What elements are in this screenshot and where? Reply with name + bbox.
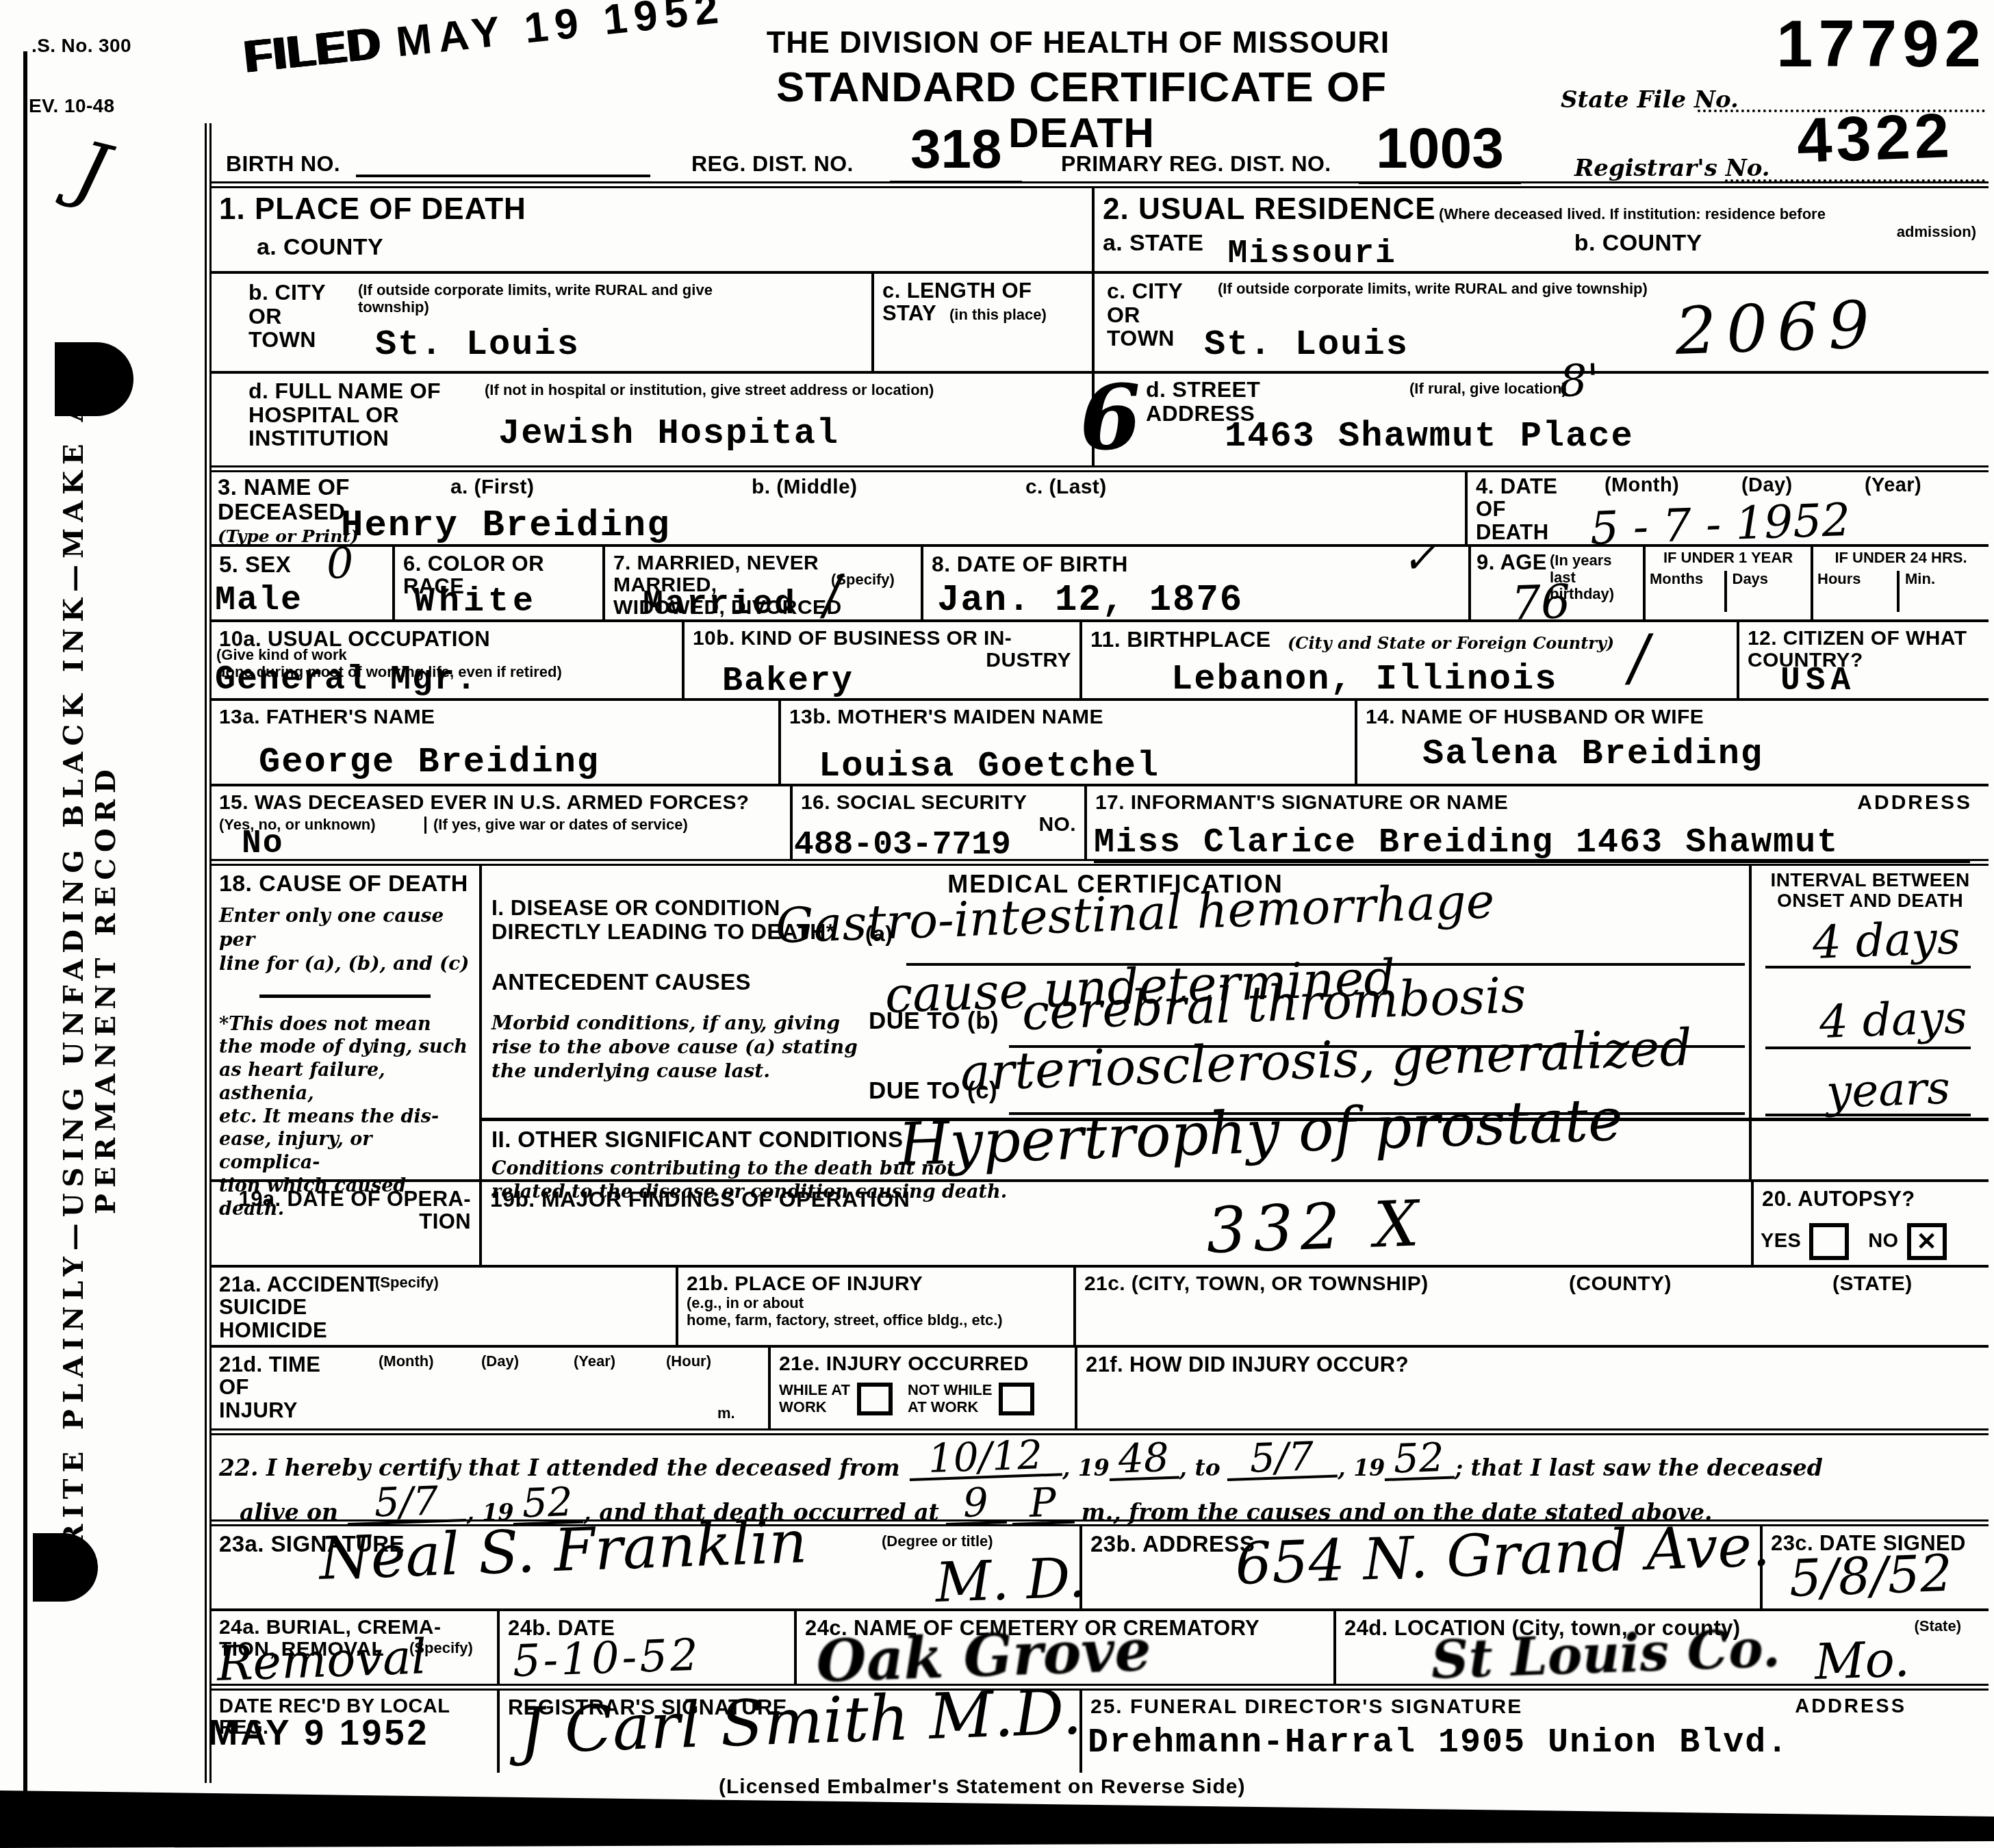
form-number-line1: .S. No. 300 (31, 36, 131, 56)
occupation-value: General Mgr. (215, 663, 478, 697)
findings-label: 19b. MAJOR FINDINGS OF OPERATION (490, 1187, 910, 1211)
forces-label: 15. WAS DECEASED EVER IN U.S. ARMED FORC… (219, 791, 750, 814)
field-how-injury: 21f. HOW DID INJURY OCCUR? (1075, 1348, 1989, 1428)
field-date-of-birth: 8. DATE OF BIRTH ✓ Jan. 12, 1876 (921, 547, 1468, 619)
hospital-value: Jewish Hospital (498, 416, 839, 452)
field-sex: 5. SEX 0 Male (211, 547, 392, 619)
interval-a-value: 4 days (1812, 917, 1961, 965)
length-of-stay-note: (in this place) (949, 307, 1047, 324)
dod-day-label: (Day) (1741, 475, 1793, 496)
race-value: White (414, 585, 537, 619)
other-conditions-handwritten: Hypertrophy of prostate (897, 1092, 1624, 1174)
date-received-stamp: MAY 9 1952 (208, 1712, 429, 1754)
field-physician-address: 23b. ADDRESS 654 N. Grand Ave. (1079, 1526, 1760, 1608)
filed-stamp-date: MAY 19 1952 (394, 0, 727, 66)
row-10: 21d. TIME OF INJURY (Month) (Day) (Year)… (211, 1345, 1989, 1428)
name-middle-label: b. (Middle) (752, 476, 857, 498)
primary-reg-label: PRIMARY REG. DIST. NO. (1061, 152, 1331, 176)
field-marital-status: 7. MARRIED, NEVER MARRIED, WIDOWED, DIVO… (602, 547, 921, 619)
accident-note: (Specify) (375, 1274, 439, 1292)
margin-handwritten-mark: J (66, 125, 117, 217)
field-autopsy: 20. AUTOPSY? YES NO ✕ (1751, 1182, 1989, 1265)
certify-19a: , 19 (1062, 1454, 1110, 1481)
injury-state-label: (STATE) (1832, 1273, 1913, 1295)
informant-label: 17. INFORMANT'S SIGNATURE OR NAME (1095, 791, 1508, 814)
field-citizen: 12. CITIZEN OF WHAT COUNTRY? USA (1737, 622, 1989, 698)
filed-stamp: FILED MAY 19 1952 (242, 0, 728, 83)
field-mother-name: 13b. MOTHER'S MAIDEN NAME Louisa Goetche… (778, 701, 1355, 784)
date-of-death-label: 4. DATE OF DEATH (1476, 475, 1557, 543)
father-value: George Breiding (259, 745, 600, 780)
how-injury-label: 21f. HOW DID INJURY OCCUR? (1086, 1352, 1409, 1376)
certify-to-word: , to (1179, 1454, 1220, 1481)
cause-note-divider (259, 994, 431, 998)
place-of-injury-label: 21b. PLACE OF INJURY (687, 1272, 923, 1295)
certify-from-year: 48 (1108, 1438, 1179, 1481)
street-handwritten-6: 6 (1078, 374, 1143, 461)
citizen-value: USA (1780, 665, 1856, 697)
interval-b-line (1765, 1047, 1971, 1049)
not-while-at-work-checkbox (999, 1383, 1034, 1415)
other-conditions-label: II. OTHER SIGNIFICANT CONDITIONS (491, 1127, 903, 1152)
cause-title: 18. CAUSE OF DEATH (219, 871, 471, 897)
row-6: 15. WAS DECEASED EVER IN U.S. ARMED FORC… (211, 784, 1989, 859)
death-city-value: St. Louis (375, 327, 580, 363)
injury-city-label: 21c. (CITY, TOWN, OR TOWNSHIP) (1084, 1272, 1429, 1295)
field-accident-suicide: 21a. ACCIDENT SUICIDE HOMICIDE (Specify) (211, 1268, 676, 1345)
degree-label: (Degree or title) (882, 1533, 993, 1550)
burial-location-state-label: (State) (1915, 1618, 1961, 1635)
row-1c: d. FULL NAME OF HOSPITAL OR INSTITUTION … (211, 371, 1989, 465)
embalmer-note: (Licensed Embalmer's Statement on Revers… (719, 1776, 1245, 1798)
row-9: 21a. ACCIDENT SUICIDE HOMICIDE (Specify)… (211, 1265, 1989, 1345)
row-3: 5. SEX 0 Male 6. COLOR OR RACE White 7. … (211, 544, 1989, 619)
field-age-under24: IF UNDER 24 HRS. Hours Min. (1811, 547, 1989, 619)
field-burial-type: 24a. BURIAL, CREMA- TION, REMOVAL (Speci… (211, 1611, 497, 1684)
certify-to-value: 5/7 (1226, 1437, 1338, 1481)
row-1b: b. CITY OR TOWN (If outside corporate li… (211, 271, 1989, 371)
dob-checkmark: ✓ (1401, 539, 1437, 579)
row-13: 24a. BURIAL, CREMA- TION, REMOVAL (Speci… (211, 1608, 1989, 1684)
certify-from-value: 10/12 (908, 1435, 1062, 1481)
field-date-signed: 23c. DATE SIGNED 5/8/52 (1760, 1526, 1989, 1608)
residence-city-label: c. CITY OR TOWN (1107, 279, 1183, 350)
row-5: 13a. FATHER'S NAME George Breiding 13b. … (211, 698, 1989, 784)
cause-note1: Enter only one cause per line for (a), (… (219, 903, 471, 975)
registrar-signature-handwritten: J Carl Smith M.D. (518, 1682, 1083, 1761)
field-hospital: d. FULL NAME OF HOSPITAL OR INSTITUTION … (211, 374, 1092, 465)
field-spouse-name: 14. NAME OF HUSBAND OR WIFE Salena Breid… (1355, 701, 1989, 784)
mother-value: Louisa Goetchel (819, 749, 1160, 784)
field-time-of-injury: 21d. TIME OF INJURY (Month) (Day) (Year)… (211, 1348, 768, 1428)
field-registrar-signature: REGISTRAR'S SIGNATURE J Carl Smith M.D. (497, 1691, 1079, 1773)
signature-handwritten: Neal S. Franklin (318, 1515, 808, 1588)
field-ssn: 16. SOCIAL SECURITY NO. 488-03-7719 (790, 786, 1084, 859)
place-of-death-title: 1. PLACE OF DEATH (219, 194, 1084, 225)
field-date-received: DATE REC'D BY LOCAL REG. MAY 9 1952 (211, 1691, 497, 1773)
place-of-injury-note: (e.g., in or about home, farm, factory, … (687, 1295, 1065, 1329)
field-place-of-death: 1. PLACE OF DEATH a. COUNTY (211, 188, 1092, 271)
field-street-address: 6 d. STREET ADDRESS (If rural, give loca… (1092, 374, 1989, 465)
field-informant: 17. INFORMANT'S SIGNATURE OR NAME ADDRES… (1084, 786, 1989, 859)
interval-label: INTERVAL BETWEEN ONSET AND DEATH (1757, 870, 1983, 911)
birthplace-value: Lebanon, Illinois (1171, 662, 1558, 697)
degree-handwritten: M. D. (934, 1552, 1086, 1609)
residence-state-label: a. STATE (1103, 231, 1203, 270)
certify-19b: , 19 (1338, 1454, 1385, 1481)
business-label: 10b. KIND OF BUSINESS OR IN- (693, 627, 1012, 650)
interval-b-value: 4 days (1819, 997, 1968, 1044)
deceased-name-label: 3. NAME OF DECEASED (218, 475, 350, 524)
field-date-of-death: 4. DATE OF DEATH (Month) (Day) (Year) 5 … (1465, 472, 1989, 544)
informant-value: Miss Clarice Breiding 1463 Shawmut (1094, 826, 1970, 863)
autopsy-yes-checkbox (1809, 1223, 1849, 1260)
residence-city-value: St. Louis (1204, 327, 1409, 363)
time-of-injury-label: 21d. TIME OF INJURY (219, 1352, 320, 1422)
row-12: 23a. SIGNATURE Neal S. Franklin (Degree … (211, 1519, 1989, 1608)
residence-state-value: Missouri (1227, 238, 1396, 270)
row-8: 19a. DATE OF OPERA- TION 19b. MAJOR FIND… (211, 1179, 1989, 1265)
street-note: (If rural, give location) (1409, 381, 1567, 398)
registrar-number: 4322 (1795, 100, 1954, 177)
antecedent-note: Morbid conditions, if any, giving rise t… (491, 1011, 858, 1083)
field-injury-city: 21c. (CITY, TOWN, OR TOWNSHIP) (COUNTY) … (1073, 1268, 1989, 1345)
findings-handwritten: 332 X (1205, 1194, 1427, 1261)
interval-c-value: years (1826, 1067, 1951, 1114)
due-to-b-tag: DUE TO (b) (869, 1008, 999, 1034)
spouse-value: Salena Breiding (1422, 736, 1763, 772)
reg-dist-label: REG. DIST. NO. (691, 152, 854, 176)
row-7: 18. CAUSE OF DEATH Enter only one cause … (211, 859, 1989, 1179)
field-name-of-deceased: 3. NAME OF DECEASED (Type or Print) a. (… (211, 472, 1465, 544)
time-day-label: (Day) (481, 1353, 519, 1370)
field-operation-findings: 19b. MAJOR FINDINGS OF OPERATION 332 X (479, 1182, 1751, 1265)
certify-text-1: 22. I hereby certify that I attended the… (219, 1454, 900, 1481)
row-14: DATE REC'D BY LOCAL REG. MAY 9 1952 REGI… (211, 1684, 1989, 1773)
residence-county-label: b. COUNTY (1574, 231, 1702, 270)
burial-date-handwritten: 5-10-52 (512, 1634, 702, 1682)
burial-type-handwritten: Removal (216, 1634, 427, 1686)
while-at-work-label: WHILE AT WORK (779, 1382, 850, 1415)
interval-c-line (1765, 1114, 1971, 1116)
field-operation-date: 19a. DATE OF OPERA- TION (211, 1182, 479, 1265)
informant-address-label: ADDRESS (1857, 792, 1972, 814)
hospital-label: d. FULL NAME OF HOSPITAL OR INSTITUTION (248, 379, 441, 450)
sex-handwritten-mark: 0 (326, 543, 354, 585)
not-while-at-work-label: NOT WHILE AT WORK (908, 1382, 992, 1415)
field-interval-col: INTERVAL BETWEEN ONSET AND DEATH 4 days … (1749, 866, 1989, 1179)
hospital-note: (If not in hospital or institution, give… (485, 382, 1073, 399)
death-certificate-scan: WRITE PLAINLY—USING UNFADING BLACK INK—M… (0, 0, 1994, 1848)
dob-value: Jan. 12, 1876 (937, 582, 1243, 619)
time-year-label: (Year) (574, 1353, 615, 1370)
birth-no-line (356, 175, 650, 177)
date-signed-handwritten: 5/8/52 (1789, 1550, 1953, 1604)
while-at-work-checkbox (857, 1383, 893, 1415)
reg-dist-number: 318 (890, 118, 1022, 183)
field-age-under1: IF UNDER 1 YEAR Months Days (1643, 547, 1811, 619)
burial-state-handwritten: Mo. (1814, 1635, 1910, 1685)
certify-to-year: 52 (1383, 1438, 1455, 1481)
physician-address-handwritten: 654 N. Grand Ave. (1234, 1519, 1771, 1592)
field-cause-of-death-col: 18. CAUSE OF DEATH Enter only one cause … (211, 866, 479, 1179)
residence-city-handwritten: 2069 (1674, 294, 1880, 363)
birthplace-label: 11. BIRTHPLACE (1090, 627, 1270, 652)
margin-rule (23, 51, 27, 1793)
dod-month-label: (Month) (1605, 475, 1679, 496)
field-race: 6. COLOR OR RACE White (392, 547, 602, 619)
min-label: Min. (1900, 571, 1984, 612)
funeral-address-label: ADDRESS (1795, 1696, 1906, 1717)
place-county-label: a. COUNTY (257, 235, 1084, 260)
row-1a: 1. PLACE OF DEATH a. COUNTY 2. USUAL RES… (211, 181, 1989, 271)
spouse-label: 14. NAME OF HUSBAND OR WIFE (1366, 706, 1704, 728)
field-usual-residence: 2. USUAL RESIDENCE (Where deceased lived… (1092, 188, 1989, 271)
state-file-number: 17792 (1776, 7, 1986, 82)
field-father-name: 13a. FATHER'S NAME George Breiding (211, 701, 778, 784)
dod-year-label: (Year) (1865, 475, 1921, 496)
age-label: 9. AGE (1477, 550, 1547, 574)
field-length-of-stay: c. LENGTH OF STAY (in this place) (871, 274, 1092, 371)
filed-stamp-word: FILED (242, 17, 383, 82)
primary-reg-number: 1003 (1359, 115, 1521, 184)
marital-handwritten-slash: / (822, 569, 842, 621)
ssn-value: 488-03-7719 (794, 829, 1011, 862)
field-cemetery: 24c. NAME OF CEMETERY OR CREMATORY Oak G… (794, 1611, 1333, 1684)
field-burial-location: 24d. LOCATION (City, town, or county) (S… (1333, 1611, 1989, 1684)
certificate-title: STANDARD CERTIFICATE OF DEATH (705, 65, 1458, 157)
certify-text-2: ; that I last saw the deceased (1455, 1454, 1823, 1481)
accident-label: 21a. ACCIDENT SUICIDE HOMICIDE (219, 1272, 379, 1342)
field-place-of-injury: 21b. PLACE OF INJURY (e.g., in or about … (676, 1268, 1073, 1345)
form-number-line2: EV. 10-48 (29, 96, 115, 116)
forces-value: No (242, 827, 284, 860)
death-city-note: (If outside corporate limits, write RURA… (358, 282, 837, 316)
row-11: 22. I hereby certify that I attended the… (211, 1428, 1989, 1519)
birth-no-label: BIRTH NO. (226, 152, 340, 176)
name-first-label: a. (First) (450, 476, 534, 498)
field-burial-date: 24b. DATE 5-10-52 (497, 1611, 794, 1684)
birthplace-note: (City and State or Foreign Country) (1288, 633, 1614, 654)
days-label: Days (1727, 571, 1807, 612)
father-label: 13a. FATHER'S NAME (219, 706, 435, 728)
margin-vertical-text: WRITE PLAINLY—USING UNFADING BLACK INK—M… (57, 380, 111, 1598)
antecedent-label: ANTECEDENT CAUSES (491, 970, 751, 994)
burial-location-handwritten: St Louis Co. (1430, 1624, 1780, 1685)
under1-label: IF UNDER 1 YEAR (1650, 550, 1806, 567)
sex-label: 5. SEX (219, 552, 291, 577)
under24-label: IF UNDER 24 HRS. (1817, 550, 1984, 567)
injury-county-label: (COUNTY) (1569, 1273, 1672, 1295)
funeral-director-value: Drehmann-Harral 1905 Union Blvd. (1088, 1726, 1789, 1760)
field-armed-forces: 15. WAS DECEASED EVER IN U.S. ARMED FORC… (211, 786, 790, 859)
row-4: 10a. USUAL OCCUPATION (Give kind of work… (211, 619, 1989, 698)
business-value: Bakery (722, 665, 854, 699)
physician-address-label: 23b. ADDRESS (1090, 1531, 1255, 1556)
name-last-label: c. (Last) (1025, 476, 1107, 498)
time-m-label: m. (717, 1405, 735, 1422)
mother-label: 13b. MOTHER'S MAIDEN NAME (789, 706, 1103, 728)
field-business: 10b. KIND OF BUSINESS OR IN- DUSTRY Bake… (682, 622, 1079, 698)
sex-value: Male (215, 584, 303, 618)
field-age: 9. AGE (In years last birthday) 76 (1468, 547, 1643, 619)
field-occupation: 10a. USUAL OCCUPATION (Give kind of work… (211, 622, 682, 698)
autopsy-no-label: NO (1868, 1231, 1898, 1252)
interval-a-line (1765, 966, 1971, 968)
dob-label: 8. DATE OF BIRTH (932, 552, 1128, 576)
injury-occurred-label: 21e. INJURY OCCURRED (779, 1352, 1029, 1375)
ssn-label: 16. SOCIAL SECURITY (801, 791, 1027, 814)
usual-residence-note: (Where deceased lived. If institution: r… (1439, 205, 1826, 222)
field-medical-certification: MEDICAL CERTIFICATION I. DISEASE OR COND… (479, 866, 1749, 1179)
autopsy-yes-label: YES (1761, 1231, 1801, 1252)
usual-residence-title: 2. USUAL RESIDENCE (1103, 192, 1436, 226)
division-title: THE DIVISION OF HEALTH OF MISSOURI (736, 26, 1420, 60)
operation-date-label: 19a. DATE OF OPERA- TION (219, 1188, 471, 1233)
row-2: 3. NAME OF DECEASED (Type or Print) a. (… (211, 465, 1989, 544)
months-label: Months (1650, 571, 1727, 612)
street-value: 1463 Shawmut Place (1225, 419, 1634, 454)
time-month-label: (Month) (379, 1353, 434, 1370)
forces-note2: (If yes, give war or dates of service) (426, 817, 688, 834)
funeral-director-label: 25. FUNERAL DIRECTOR'S SIGNATURE (1090, 1695, 1522, 1718)
death-city-label: b. CITY OR TOWN (248, 281, 326, 352)
section-ii-divider (479, 1118, 1989, 1121)
field-certification: 22. I hereby certify that I attended the… (211, 1435, 1989, 1519)
marital-value: Married (643, 588, 796, 622)
date-of-death-value: 5 - 7 - 1952 (1589, 499, 1851, 551)
autopsy-no-checkbox: ✕ (1907, 1223, 1947, 1260)
usual-residence-note2: admission) (1897, 224, 1976, 241)
autopsy-label: 20. AUTOPSY? (1762, 1187, 1915, 1211)
field-birthplace: 11. BIRTHPLACE (City and State or Foreig… (1079, 622, 1737, 698)
field-injury-occurred: 21e. INJURY OCCURRED WHILE AT WORK NOT W… (768, 1348, 1075, 1428)
birthplace-handwritten-slash: / (1628, 628, 1650, 688)
deceased-name-value: Henry Breiding (341, 508, 671, 545)
time-hour-label: (Hour) (666, 1353, 711, 1370)
street-handwritten-8: 8' (1559, 360, 1600, 403)
hours-label: Hours (1817, 571, 1900, 612)
field-residence-city: c. CITY OR TOWN (If outside corporate li… (1092, 274, 1989, 371)
field-physician-signature: 23a. SIGNATURE Neal S. Franklin (Degree … (211, 1526, 1079, 1608)
field-death-city: b. CITY OR TOWN (If outside corporate li… (211, 274, 871, 371)
field-funeral-director: 25. FUNERAL DIRECTOR'S SIGNATURE ADDRESS… (1079, 1691, 1989, 1773)
